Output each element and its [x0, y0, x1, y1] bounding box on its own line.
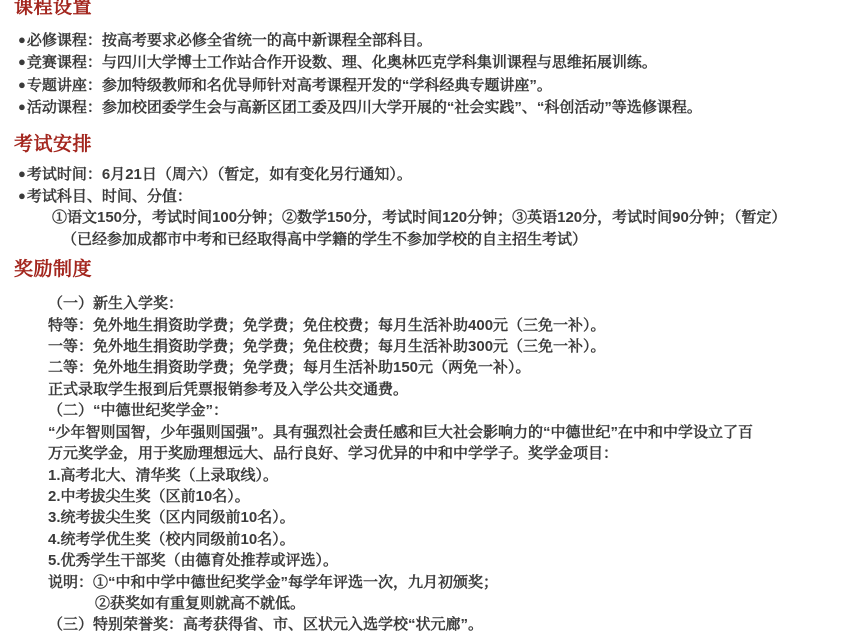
exam-exemption-note: （已经参加成都市中考和已经取得高中学籍的学生不参加学校的自主招生考试）: [62, 229, 854, 250]
reward-line: “少年智则国智，少年强则国强”。具有强烈社会责任感和巨大社会影响力的“中德世纪”…: [48, 422, 854, 443]
course-item: ●必修课程：按高考要求必修全省统一的高中新课程全部科目。: [18, 29, 854, 51]
reward-line: 2.中考拔尖生奖（区前10名）。: [48, 486, 854, 507]
reward-line: 二等：免外地生捐资助学费；免学费；每月生活补助150元（两免一补）。: [48, 357, 854, 378]
bullet-icon: ●: [18, 163, 26, 184]
bullet-icon: ●: [18, 96, 26, 117]
reward-line: 3.统考拔尖生奖（区内同级前10名）。: [48, 507, 854, 528]
exam-item: ●考试科目、时间、分值：: [18, 185, 854, 207]
bullet-icon: ●: [18, 74, 26, 95]
reward-system-list: （一）新生入学奖： 特等：免外地生捐资助学费；免学费；免住校费；每月生活补助40…: [48, 293, 854, 636]
document-page: 课程设置 ●必修课程：按高考要求必修全省统一的高中新课程全部科目。 ●竞赛课程：…: [0, 0, 864, 639]
exam-item-text: 考试时间：6月21日（周六）（暂定，如有变化另行通知）。: [27, 166, 412, 183]
section-heading-course-settings: 课程设置: [14, 0, 854, 18]
reward-line: （一）新生入学奖：: [48, 293, 854, 314]
bullet-icon: ●: [18, 185, 26, 206]
exam-subjects-detail: ①语文150分，考试时间100分钟；②数学150分，考试时间120分钟；③英语1…: [52, 207, 854, 228]
course-item-text: 竞赛课程：与四川大学博士工作站合作开设数、理、化奥林匹克学科集训课程与思维拓展训…: [27, 54, 657, 71]
course-item-text: 必修课程：按高考要求必修全省统一的高中新课程全部科目。: [27, 32, 432, 49]
exam-item-text: 考试科目、时间、分值：: [27, 188, 192, 205]
course-settings-list: ●必修课程：按高考要求必修全省统一的高中新课程全部科目。 ●竞赛课程：与四川大学…: [18, 29, 854, 119]
reward-line: 一等：免外地生捐资助学费；免学费；免住校费；每月生活补助300元（三免一补）。: [48, 336, 854, 357]
reward-line: ②获奖如有重复则就高不就低。: [95, 593, 854, 614]
reward-line: 特等：免外地生捐资助学费；免学费；免住校费；每月生活补助400元（三免一补）。: [48, 315, 854, 336]
section-heading-reward-system: 奖励制度: [14, 260, 854, 280]
course-item-text: 专题讲座：参加特级教师和名优导师针对高考课程开发的“学科经典专题讲座”。: [27, 77, 552, 94]
reward-line: 说明：①“中和中学中德世纪奖学金”每学年评选一次，九月初颁奖；: [48, 572, 854, 593]
course-item-text: 活动课程：参加校团委学生会与高新区团工委及四川大学开展的“社会实践”、“科创活动…: [27, 99, 702, 116]
reward-line: （三）特别荣誉奖：高考获得省、市、区状元入选学校“状元廊”。: [48, 614, 854, 635]
course-item: ●专题讲座：参加特级教师和名优导师针对高考课程开发的“学科经典专题讲座”。: [18, 74, 854, 96]
course-item: ●活动课程：参加校团委学生会与高新区团工委及四川大学开展的“社会实践”、“科创活…: [18, 96, 854, 118]
reward-line: 万元奖学金，用于奖励理想远大、品行良好、学习优异的中和中学学子。奖学金项目：: [48, 443, 854, 464]
exam-arrangement-list: ●考试时间：6月21日（周六）（暂定，如有变化另行通知）。 ●考试科目、时间、分…: [18, 163, 854, 251]
exam-item: ●考试时间：6月21日（周六）（暂定，如有变化另行通知）。: [18, 163, 854, 185]
course-item: ●竞赛课程：与四川大学博士工作站合作开设数、理、化奥林匹克学科集训课程与思维拓展…: [18, 51, 854, 73]
bullet-icon: ●: [18, 29, 26, 50]
bullet-icon: ●: [18, 51, 26, 72]
reward-line: 4.统考学优生奖（校内同级前10名）。: [48, 529, 854, 550]
reward-line: 1.高考北大、清华奖（上录取线）。: [48, 465, 854, 486]
reward-line: （二）“中德世纪奖学金”：: [48, 400, 854, 421]
reward-line: 正式录取学生报到后凭票报销参考及入学公共交通费。: [48, 379, 854, 400]
section-heading-exam-arrangement: 考试安排: [14, 135, 854, 155]
reward-line: 5.优秀学生干部奖（由德育处推荐或评选）。: [48, 550, 854, 571]
